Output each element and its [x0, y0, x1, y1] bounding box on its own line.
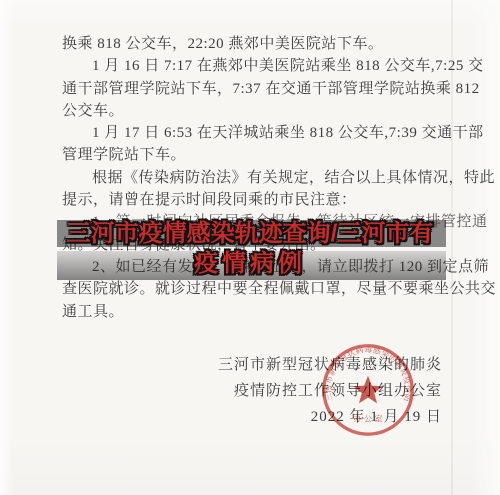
document-line: 公交车。	[62, 100, 460, 122]
document-line: 通工具。	[62, 301, 460, 323]
headline-overlay: 三河市疫情感染轨迹查询/三河市有 疫情病例	[40, 219, 460, 279]
document-line: 1 月 17 日 6:53 在天洋城站乘坐 818 公交车,7:39 交通干部	[62, 122, 460, 144]
document-line: 换乘 818 公交车，22:20 燕郊中美医院站下车。	[62, 33, 460, 55]
document-line: 查医院就诊。就诊过程中要全程佩戴口罩，尽量不要乘坐公共交	[62, 278, 460, 300]
official-red-seal: 三河市新型冠状病毒感染的肺炎疫情防控工作领导小组 办 公 室	[320, 342, 416, 438]
document-line: 管理学院站下车。	[62, 144, 460, 166]
scanned-notice-page: 换乘 818 公交车，22:20 燕郊中美医院站下车。1 月 16 日 7:17…	[0, 0, 500, 495]
seal-bottom-text: 办 公 室	[353, 414, 382, 424]
headline-line-1: 三河市疫情感染轨迹查询/三河市有	[40, 219, 460, 249]
document-line: 提示，请曾在提示时间段同乘的市民注意：	[62, 189, 460, 211]
document-line: 根据《传染病防治法》有关规定，结合以上具体情况，特此	[62, 167, 460, 189]
document-line: 1 月 16 日 7:17 在燕郊中美医院站乘坐 818 公交车,7:25 交	[62, 55, 460, 77]
document-line: 通干部管理学院站下车，7:37 在交通干部管理学院站换乘 812	[62, 78, 460, 100]
seal-star-icon	[353, 376, 382, 404]
headline-line-2: 疫情病例	[40, 249, 460, 279]
